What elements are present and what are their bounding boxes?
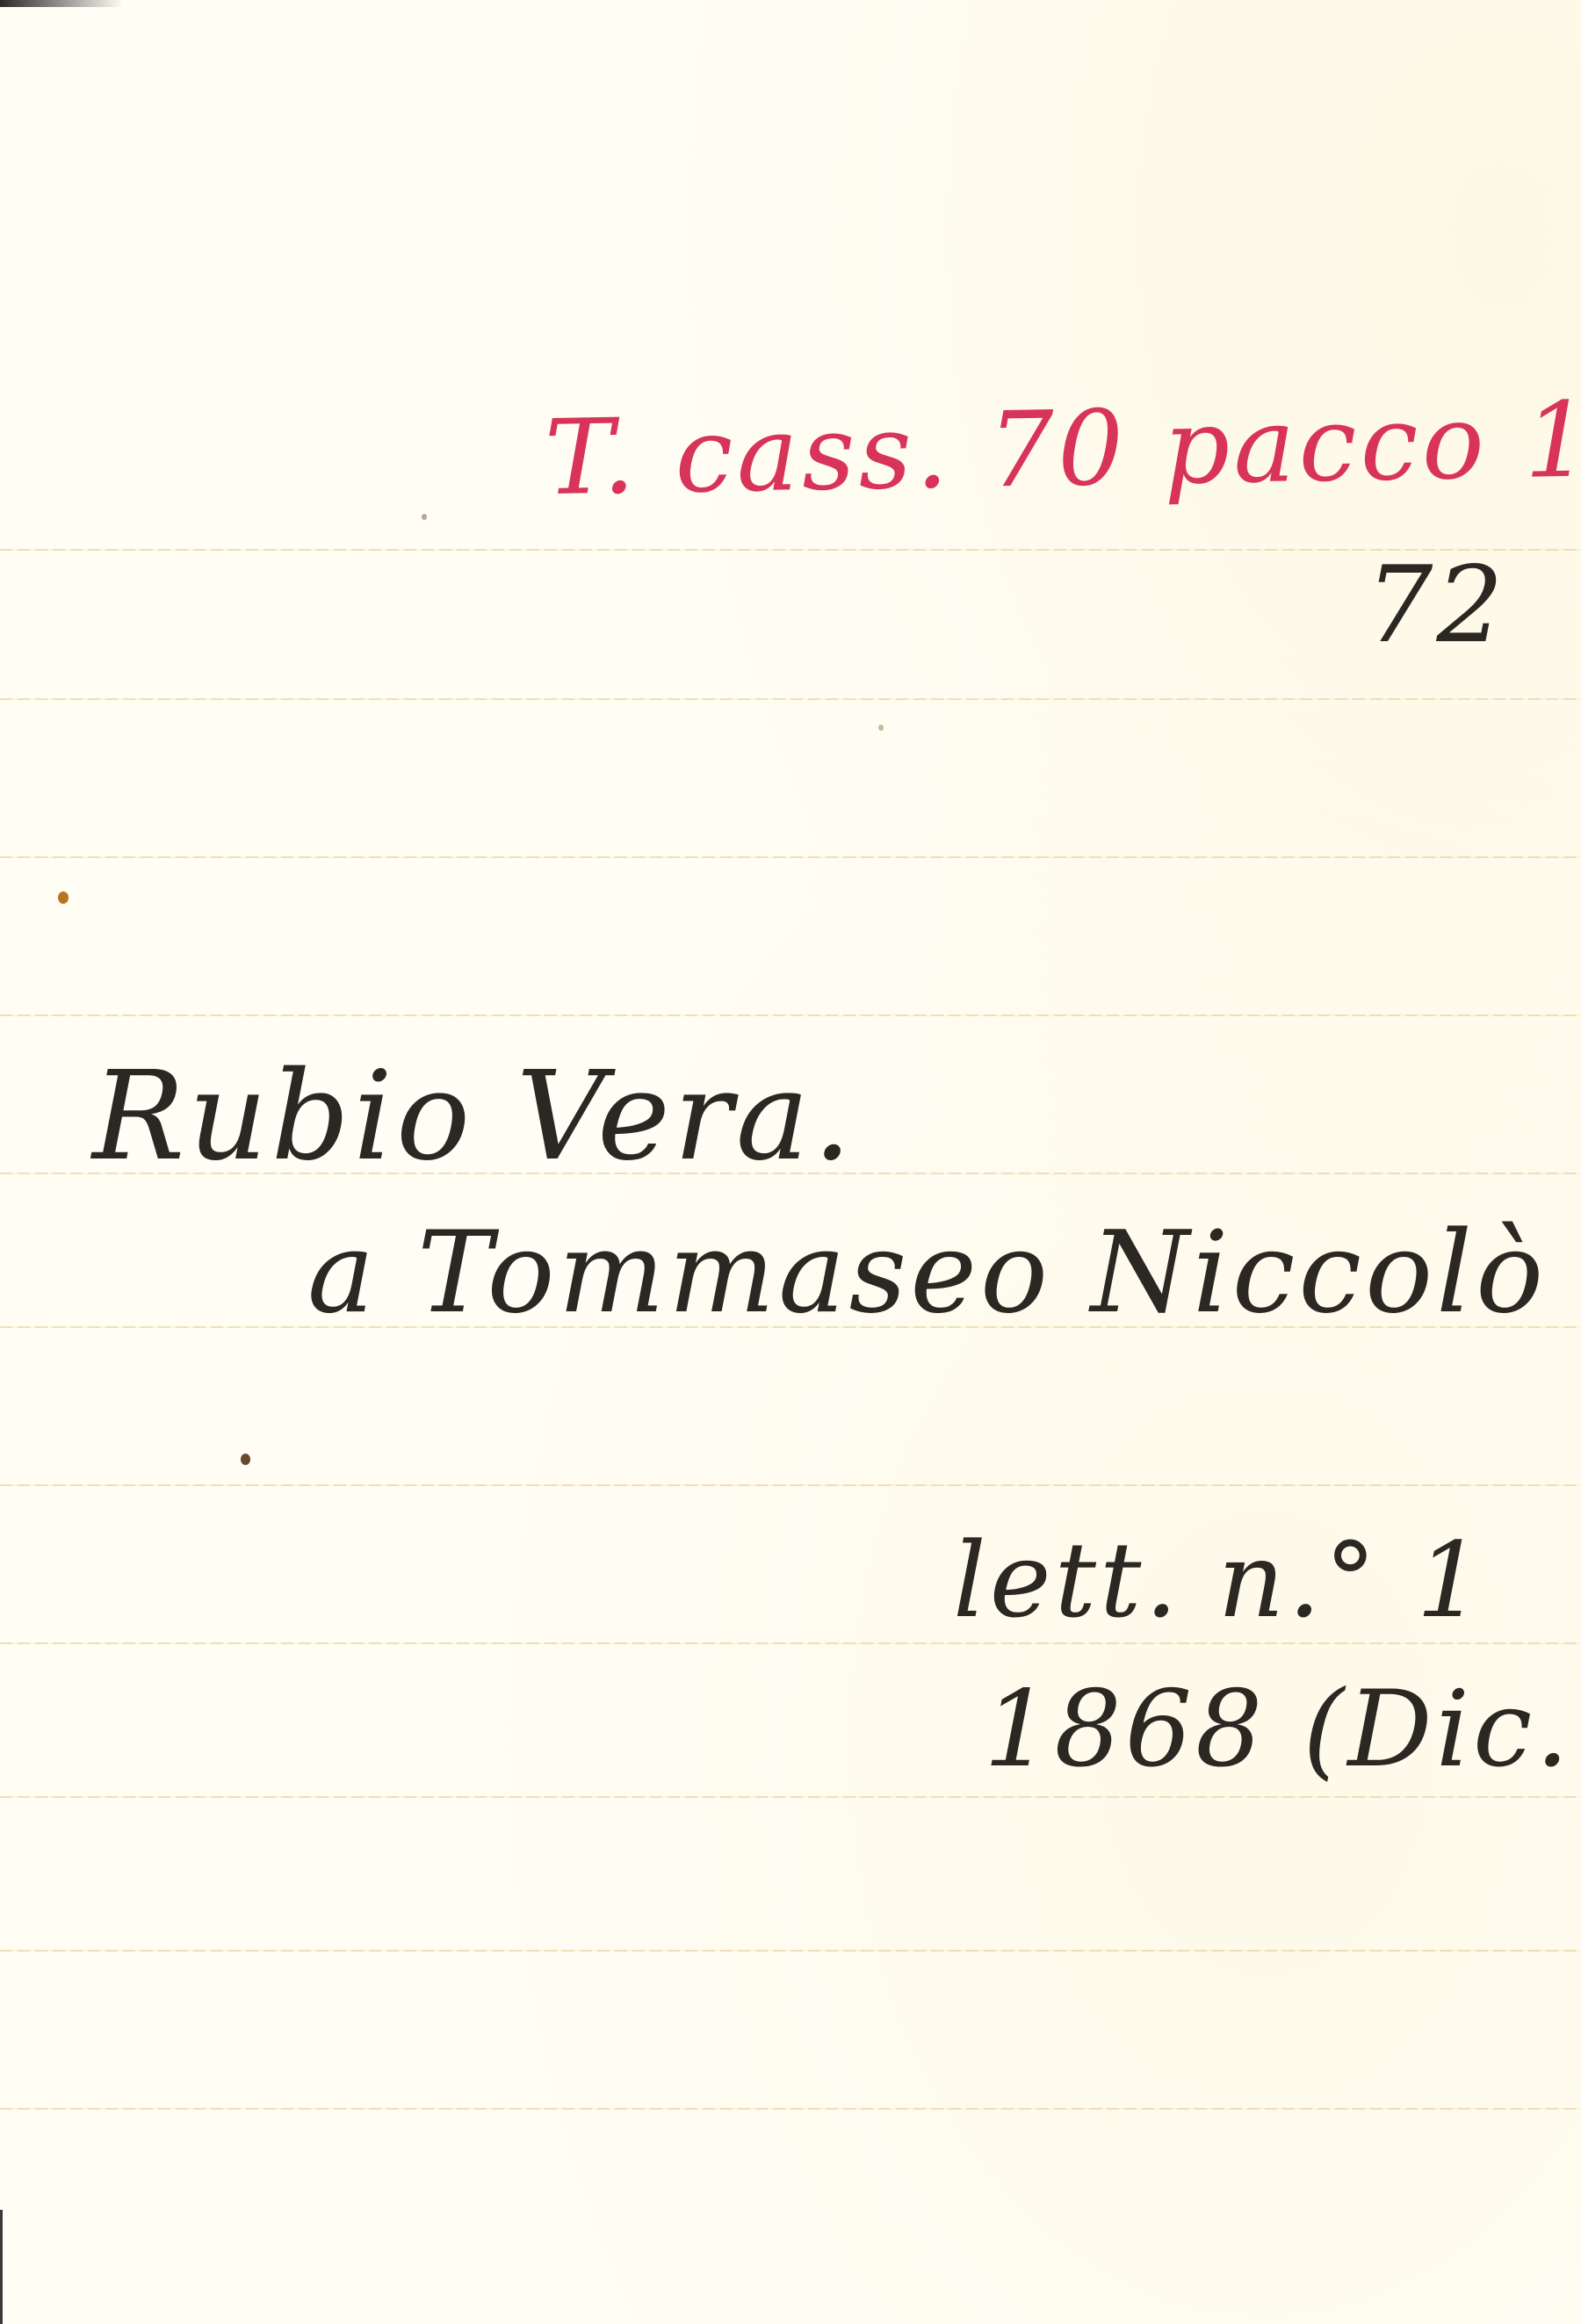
letters-count: lett. n.° 1	[953, 1519, 1486, 1641]
scan-corner-shadow	[0, 0, 123, 7]
shelfmark: T. cass. 70 pacco 125.	[544, 376, 1581, 518]
ruled-line	[0, 1014, 1581, 1016]
ruled-line	[0, 1950, 1581, 1952]
brown-spot-mark	[241, 1454, 250, 1465]
ruled-line	[0, 2108, 1581, 2110]
ink-dot-mark	[422, 514, 427, 520]
ruled-line	[0, 856, 1581, 858]
author-name: Rubio Vera.	[92, 1045, 855, 1188]
recipient-name: a Tommaseo Niccolò	[307, 1208, 1547, 1339]
ruled-line	[0, 1642, 1581, 1644]
ruled-line	[0, 1484, 1581, 1486]
brown-spot-mark	[58, 891, 69, 904]
item-number: 72	[1366, 545, 1507, 667]
index-card: T. cass. 70 pacco 125. 72 Rubio Vera. a …	[0, 0, 1581, 2324]
ruled-line	[0, 1796, 1581, 1798]
ruled-line	[0, 698, 1581, 700]
ink-dot-mark	[878, 725, 884, 731]
letter-date: 1868 (Dic.?)	[984, 1669, 1581, 1791]
ruled-line	[0, 549, 1581, 551]
scan-left-edge	[0, 2210, 3, 2324]
